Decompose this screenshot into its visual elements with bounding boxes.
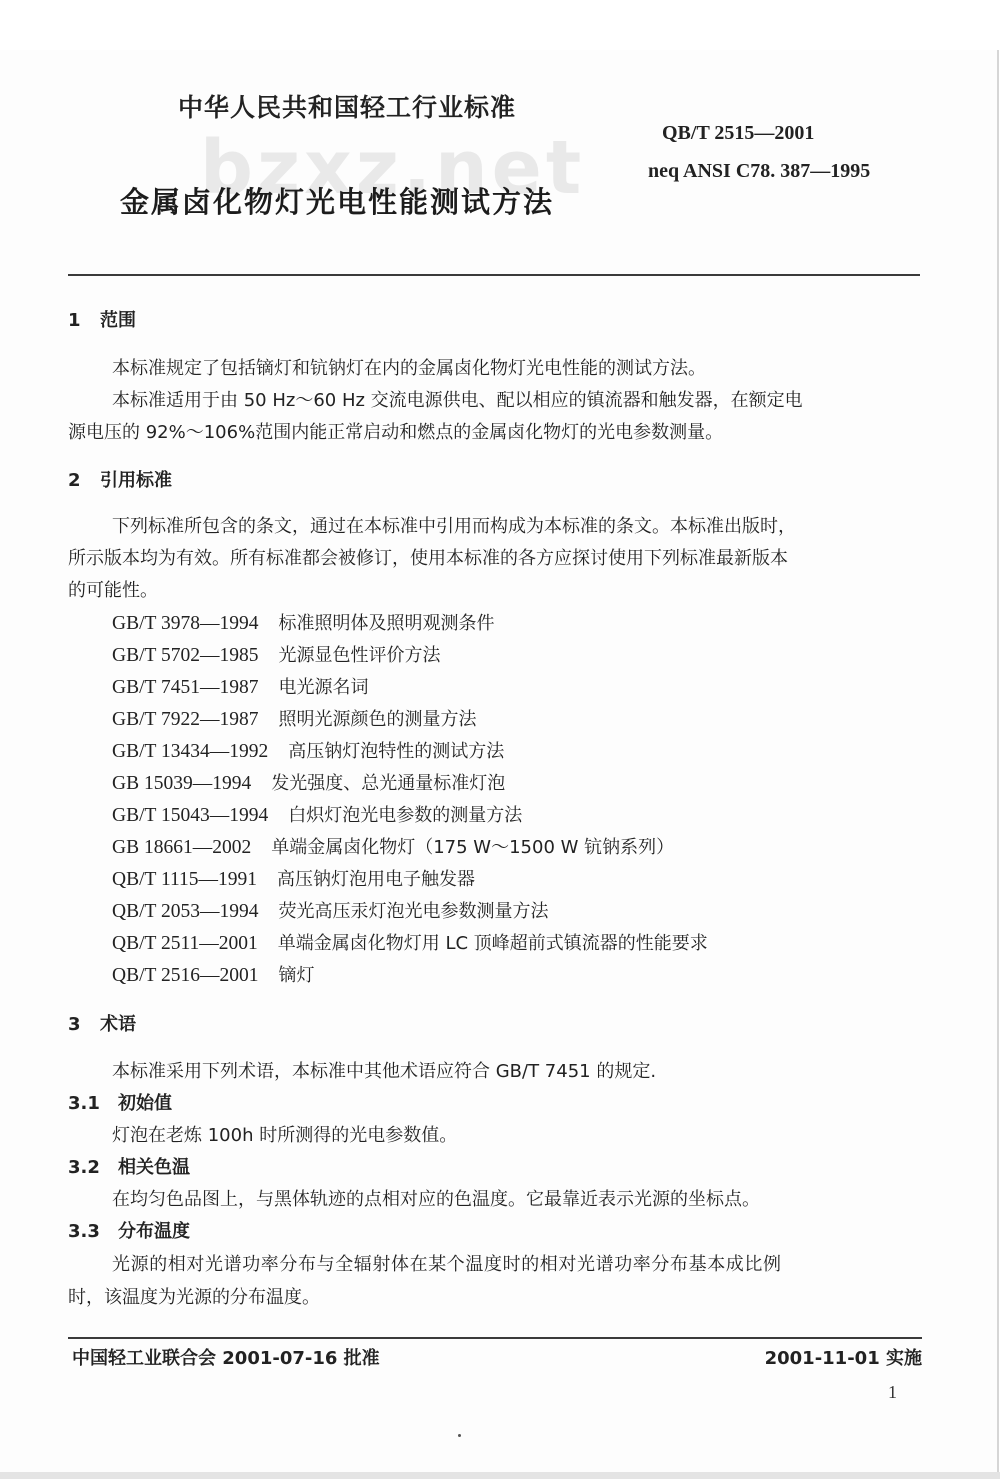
section-3-heading: 3术语 xyxy=(68,1010,136,1036)
term-heading: 3.2相关色温 xyxy=(68,1153,190,1179)
term-number: 3.1 xyxy=(68,1093,118,1114)
reference-code: QB/T 1115—1991 xyxy=(112,869,257,891)
reference-item: GB/T 13434—1992高压钠灯泡特性的测试方法 xyxy=(112,737,504,763)
section-number: 1 xyxy=(68,310,100,331)
reference-item: QB/T 1115—1991高压钠灯泡用电子触发器 xyxy=(112,865,475,891)
footer-divider xyxy=(68,1337,922,1339)
reference-item: GB/T 5702—1985光源显色性评价方法 xyxy=(112,641,440,667)
reference-name: 电光源名词 xyxy=(278,677,368,698)
reference-item: QB/T 2516—2001镝灯 xyxy=(112,961,314,987)
term-title: 初始值 xyxy=(118,1093,172,1114)
section-2-heading: 2引用标准 xyxy=(68,466,172,492)
reference-name: 照明光源颜色的测量方法 xyxy=(278,709,476,730)
term-definition: 在均匀色品图上，与黑体轨迹的点相对应的色温度。它最靠近表示光源的坐标点。 xyxy=(112,1185,760,1211)
reference-item: GB 15039—1994发光强度、总光通量标准灯泡 xyxy=(112,769,505,795)
reference-code: GB/T 7451—1987 xyxy=(112,677,258,699)
standard-equivalence: neq ANSI C78. 387—1995 xyxy=(648,160,870,183)
reference-code: GB/T 5702—1985 xyxy=(112,645,258,667)
reference-code: GB/T 15043—1994 xyxy=(112,805,268,827)
scan-speck xyxy=(458,1434,461,1437)
section-2-paragraph: 所示版本均为有效。所有标准都会被修订，使用本标准的各方应探讨使用下列标准最新版本 xyxy=(68,544,788,570)
implementation-date: 2001-11-01 实施 xyxy=(765,1344,922,1370)
reference-name: 高压钠灯泡特性的测试方法 xyxy=(288,741,504,762)
reference-item: GB/T 7922—1987照明光源颜色的测量方法 xyxy=(112,705,476,731)
approval-statement: 中国轻工业联合会 2001-07-16 批准 xyxy=(72,1344,380,1370)
reference-code: QB/T 2053—1994 xyxy=(112,901,258,923)
term-heading: 3.3分布温度 xyxy=(68,1217,190,1243)
page-bottom-edge xyxy=(0,1472,1000,1479)
reference-name: 光源显色性评价方法 xyxy=(278,645,440,666)
term-definition: 光源的相对光谱功率分布与全辐射体在某个温度时的相对光谱功率分布基本成比例 xyxy=(112,1250,782,1276)
standard-code: QB/T 2515—2001 xyxy=(662,122,814,145)
term-definition: 灯泡在老炼 100h 时所测得的光电参数值。 xyxy=(112,1121,457,1147)
header-divider xyxy=(68,274,920,276)
section-1-heading: 1范围 xyxy=(68,306,136,332)
term-number: 3.2 xyxy=(68,1157,118,1178)
section-title: 引用标准 xyxy=(100,470,172,491)
reference-code: GB 15039—1994 xyxy=(112,773,251,795)
document-title: 金属卤化物灯光电性能测试方法 xyxy=(120,180,554,221)
reference-code: QB/T 2516—2001 xyxy=(112,965,258,987)
section-1-paragraph: 本标准适用于由 50 Hz～60 Hz 交流电源供电、配以相应的镇流器和触发器，… xyxy=(112,386,803,412)
reference-name: 镝灯 xyxy=(278,965,314,986)
reference-code: GB/T 7922—1987 xyxy=(112,709,258,731)
section-2-paragraph: 的可能性。 xyxy=(68,576,158,602)
issuing-body-heading: 中华人民共和国轻工行业标准 xyxy=(178,88,516,124)
section-number: 2 xyxy=(68,470,100,491)
reference-name: 白炽灯泡光电参数的测量方法 xyxy=(288,805,522,826)
page-number: 1 xyxy=(888,1382,897,1403)
section-title: 范围 xyxy=(100,310,136,331)
reference-name: 标准照明体及照明观测条件 xyxy=(278,613,494,634)
section-title: 术语 xyxy=(100,1014,136,1035)
section-3-intro: 本标准采用下列术语，本标准中其他术语应符合 GB/T 7451 的规定. xyxy=(112,1057,656,1083)
reference-name: 荧光高压汞灯泡光电参数测量方法 xyxy=(278,901,548,922)
reference-name: 高压钠灯泡用电子触发器 xyxy=(277,869,475,890)
reference-item: QB/T 2511—2001单端金属卤化物灯用 LC 顶峰超前式镇流器的性能要求 xyxy=(112,929,708,955)
reference-name: 发光强度、总光通量标准灯泡 xyxy=(271,773,505,794)
reference-item: GB/T 15043—1994白炽灯泡光电参数的测量方法 xyxy=(112,801,522,827)
term-title: 相关色温 xyxy=(118,1157,190,1178)
reference-code: QB/T 2511—2001 xyxy=(112,933,258,955)
reference-item: GB/T 3978—1994标准照明体及照明观测条件 xyxy=(112,609,494,635)
reference-code: GB/T 3978—1994 xyxy=(112,613,258,635)
section-number: 3 xyxy=(68,1014,100,1035)
term-title: 分布温度 xyxy=(118,1221,190,1242)
reference-item: GB 18661—2002单端金属卤化物灯（175 W～1500 W 钪钠系列） xyxy=(112,833,674,859)
section-1-paragraph: 源电压的 92%～106%范围内能正常启动和燃点的金属卤化物灯的光电参数测量。 xyxy=(68,418,723,444)
section-2-paragraph: 下列标准所包含的条文，通过在本标准中引用而构成为本标准的条文。本标准出版时， xyxy=(112,512,796,538)
section-1-paragraph: 本标准规定了包括镝灯和钪钠灯在内的金属卤化物灯光电性能的测试方法。 xyxy=(112,354,706,380)
term-number: 3.3 xyxy=(68,1221,118,1242)
reference-code: GB 18661—2002 xyxy=(112,837,251,859)
reference-item: QB/T 2053—1994荧光高压汞灯泡光电参数测量方法 xyxy=(112,897,548,923)
reference-item: GB/T 7451—1987电光源名词 xyxy=(112,673,368,699)
reference-name: 单端金属卤化物灯（175 W～1500 W 钪钠系列） xyxy=(271,837,674,858)
reference-code: GB/T 13434—1992 xyxy=(112,741,268,763)
term-definition: 时，该温度为光源的分布温度。 xyxy=(68,1283,320,1309)
reference-name: 单端金属卤化物灯用 LC 顶峰超前式镇流器的性能要求 xyxy=(278,933,708,954)
term-heading: 3.1初始值 xyxy=(68,1089,172,1115)
